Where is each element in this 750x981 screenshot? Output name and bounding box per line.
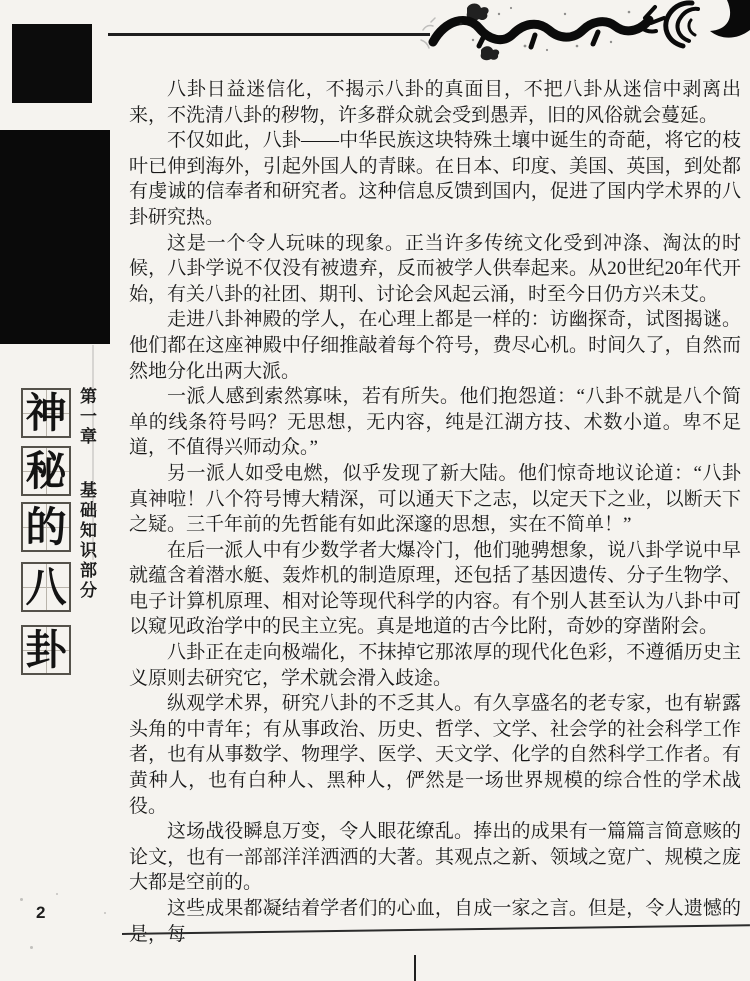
paragraph-10: 这场战役瞬息万变，令人眼花缭乱。捧出的成果有一篇篇言简意赅的论文，也有一部部洋洋… [129,819,741,896]
paragraph-7: 在后一派人中有少数学者大爆冷门，他们驰骋想象，说八卦学说中早就蕴含着潜水艇、轰炸… [129,538,741,640]
section-label: 基础知识部分 [74,481,98,601]
chapter-gap [74,447,98,481]
page-number: 2 [36,903,45,923]
title-char: 神 [26,393,67,434]
chapter-column: 第一章 基础知识部分 [74,387,98,647]
header-rule [108,33,430,36]
scan-speck [30,946,33,949]
dragon-ink-illustration [415,0,750,66]
calligraphy-box: 八 [21,562,71,612]
paragraph-3: 这是一个令人玩味的现象。正当许多传统文化受到冲涤、淘汰的时候，八卦学说不仅没有被… [129,231,741,308]
paragraph-9: 纵观学术界，研究八卦的不乏其人。有久享盛名的老专家，也有崭露头角的中青年；有从事… [129,691,741,819]
calligraphy-box: 的 [21,502,71,552]
title-char: 卦 [26,630,67,671]
scanned-book-page: 神 秘 的 八 卦 第一章 基础知识部分 八卦日益迷信化，不揭示八卦的真面目，不… [0,0,750,981]
scan-ink-block-small [12,24,92,103]
scan-speck [56,893,58,895]
calligraphy-box: 神 [21,388,71,438]
scan-ink-block-large [0,130,110,344]
calligraphy-box: 秘 [21,446,71,496]
footer-tick-mark [414,955,416,981]
title-char: 八 [26,567,67,608]
calligraphy-box: 卦 [21,625,71,675]
paragraph-1: 八卦日益迷信化，不揭示八卦的真面目，不把八卦从迷信中剥离出来，不洗清八卦的秽物，… [129,77,741,128]
scan-speck [104,912,106,914]
paragraph-5: 一派人感到索然寡味，若有所失。他们抱怨道：“八卦不就是八个简单的线条符号吗？无思… [129,384,741,461]
scan-speck [20,898,23,901]
paragraph-4: 走进八卦神殿的学人，在心理上都是一样的：访幽探奇，试图揭谜。他们都在这座神殿中仔… [129,307,741,384]
title-char: 的 [26,507,67,548]
paragraph-2: 不仅如此，八卦——中华民族这块特殊土壤中诞生的奇葩，将它的枝叶已伸到海外，引起外… [129,128,741,230]
paragraph-6: 另一派人如受电燃，似乎发现了新大陆。他们惊奇地议论道：“八卦真神啦！八个符号博大… [129,461,741,538]
body-text: 八卦日益迷信化，不揭示八卦的真面目，不把八卦从迷信中剥离出来，不洗清八卦的秽物，… [129,77,741,947]
chapter-label: 第一章 [74,387,98,447]
paragraph-8: 八卦正在走向极端化，不抹掉它那浓厚的现代化色彩，不遵循历史主义原则去研究它，学术… [129,640,741,691]
title-char: 秘 [26,451,67,492]
paragraph-11: 这些成果都凝结着学者们的心血，自成一家之言。但是，令人遗憾的是，每 [129,896,741,947]
